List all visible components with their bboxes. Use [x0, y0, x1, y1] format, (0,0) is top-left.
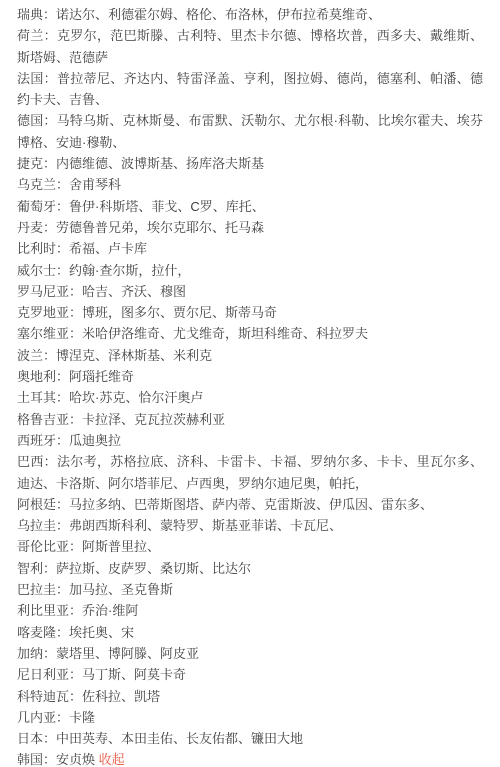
country-name: 葡萄牙	[17, 199, 56, 214]
collapse-link[interactable]: 收起	[99, 752, 125, 767]
players-text: 劳德鲁普兄弟，埃尔克耶尔、托马森	[56, 220, 264, 235]
country-name: 巴西	[17, 454, 44, 469]
players-text: 卡隆	[69, 710, 95, 725]
country-entry: 克罗地亚：博班，图多尔、贾尔尼、斯蒂马奇	[17, 302, 483, 323]
country-name: 法国	[17, 71, 44, 86]
colon-separator: ：	[56, 582, 69, 597]
country-name: 智利	[17, 561, 43, 576]
colon-separator: ：	[44, 71, 57, 86]
country-entry: 罗马尼亚：哈吉、齐沃、穆图	[17, 281, 483, 302]
country-name: 土耳其	[17, 390, 56, 405]
country-entry: 喀麦隆：埃托奥、宋	[17, 622, 483, 643]
country-entry: 科特迪瓦：佐科拉、凯塔	[17, 686, 483, 707]
colon-separator: ：	[43, 731, 56, 746]
country-entry: 巴拉圭：加马拉、圣克鲁斯	[17, 579, 483, 600]
country-name: 巴拉圭	[17, 582, 56, 597]
country-entry: 利比里亚：乔治·维阿	[17, 600, 483, 621]
colon-separator: ：	[43, 561, 56, 576]
colon-separator: ：	[56, 199, 69, 214]
colon-separator: ：	[44, 28, 57, 43]
players-text: 安贞焕	[56, 752, 95, 767]
country-name: 喀麦隆	[17, 625, 56, 640]
country-name: 塞尔维亚	[17, 326, 69, 341]
country-entry: 威尔士：约翰·查尔斯，拉什，	[17, 260, 483, 281]
country-entry: 阿根廷：马拉多纳、巴蒂斯图塔、萨内蒂、克雷斯波、伊瓜因、雷东多、	[17, 494, 483, 515]
players-text: 约翰·查尔斯，拉什，	[69, 263, 190, 278]
colon-separator: ：	[43, 113, 56, 128]
country-entry: 奥地利：阿瑙托维奇	[17, 366, 483, 387]
players-text: 哈坎·苏克、恰尔汗奥卢	[69, 390, 203, 405]
players-text: 瓜迪奥拉	[69, 433, 121, 448]
country-name: 科特迪瓦	[17, 689, 69, 704]
country-entry: 土耳其：哈坎·苏克、恰尔汗奥卢	[17, 387, 483, 408]
colon-separator: ：	[56, 497, 69, 512]
country-entry: 乌克兰：舍甫琴科	[17, 174, 483, 195]
players-text: 法尔考，苏格拉底、济科、卡雷卡、卡福、罗纳尔多、卡卡、里瓦尔多、迪达、卡洛斯、阿…	[17, 454, 483, 490]
players-text: 米哈伊洛维奇、尤戈维奇，斯坦科维奇、科拉罗夫	[82, 326, 368, 341]
country-name: 德国	[17, 113, 43, 128]
country-entry: 日本：中田英寿、本田圭佑、长友佑都、镰田大地	[17, 728, 483, 749]
players-text: 希福、卢卡库	[69, 241, 147, 256]
country-entry: 智利：萨拉斯、皮萨罗、桑切斯、比达尔	[17, 558, 483, 579]
colon-separator: ：	[56, 241, 69, 256]
colon-separator: ：	[56, 433, 69, 448]
country-entry: 丹麦：劳德鲁普兄弟，埃尔克耶尔、托马森	[17, 217, 483, 238]
players-text: 马拉多纳、巴蒂斯图塔、萨内蒂、克雷斯波、伊瓜因、雷东多、	[69, 497, 433, 512]
players-text: 埃托奥、宋	[69, 625, 134, 640]
country-name: 奥地利	[17, 369, 56, 384]
players-text: 中田英寿、本田圭佑、长友佑都、镰田大地	[56, 731, 303, 746]
colon-separator: ：	[69, 603, 82, 618]
country-name: 乌拉圭	[17, 518, 56, 533]
colon-separator: ：	[69, 689, 82, 704]
players-text: 哈吉、齐沃、穆图	[82, 284, 186, 299]
colon-separator: ：	[43, 752, 56, 767]
colon-separator: ：	[56, 710, 69, 725]
country-entry: 格鲁吉亚：卡拉泽、克瓦拉茨赫利亚	[17, 409, 483, 430]
country-name: 哥伦比亚	[17, 539, 69, 554]
colon-separator: ：	[44, 454, 57, 469]
country-name: 利比里亚	[17, 603, 69, 618]
colon-separator: ：	[69, 667, 82, 682]
country-name: 乌克兰	[17, 177, 56, 192]
players-text: 阿瑙托维奇	[69, 369, 134, 384]
players-text: 鲁伊·科斯塔、菲戈、C罗、库托、	[69, 199, 265, 214]
country-entry: 哥伦比亚：阿斯普里拉、	[17, 536, 483, 557]
country-entry: 韩国：安贞焕 收起	[17, 749, 483, 767]
players-text: 博涅克、泽林斯基、米利克	[56, 348, 212, 363]
country-entry: 葡萄牙：鲁伊·科斯塔、菲戈、C罗、库托、	[17, 196, 483, 217]
country-name: 西班牙	[17, 433, 56, 448]
country-name: 罗马尼亚	[17, 284, 69, 299]
country-entry: 荷兰：克罗尔，范巴斯滕、古利特、里杰卡尔德、博格坎普，西多夫、戴维斯、斯塔姆、范…	[17, 25, 483, 68]
players-text: 普拉蒂尼、齐达内、特雷泽盖、亨利，图拉姆、德尚，德塞利、帕潘、德约卡夫、吉鲁、	[17, 71, 483, 107]
colon-separator: ：	[56, 369, 69, 384]
country-name: 韩国	[17, 752, 43, 767]
country-entry: 德国：马特乌斯、克林斯曼、布雷默、沃勒尔、尤尔根·科勒、比埃尔霍夫、埃芬博格、安…	[17, 110, 483, 153]
colon-separator: ：	[43, 646, 56, 661]
players-text: 诺达尔、利德霍尔姆、格伦、布洛林，伊布拉希莫维奇、	[56, 7, 381, 22]
country-name: 日本	[17, 731, 43, 746]
colon-separator: ：	[69, 326, 82, 341]
country-name: 几内亚	[17, 710, 56, 725]
country-entry: 捷克：内德维德、波博斯基、扬库洛夫斯基	[17, 153, 483, 174]
colon-separator: ：	[69, 305, 82, 320]
colon-separator: ：	[43, 156, 56, 171]
players-text: 阿斯普里拉、	[82, 539, 160, 554]
country-name: 荷兰	[17, 28, 44, 43]
country-entry: 比利时：希福、卢卡库	[17, 238, 483, 259]
colon-separator: ：	[69, 412, 82, 427]
country-name: 克罗地亚	[17, 305, 69, 320]
players-text: 蒙塔里、博阿滕、阿皮亚	[56, 646, 199, 661]
colon-separator: ：	[69, 284, 82, 299]
colon-separator: ：	[56, 518, 69, 533]
country-entry: 塞尔维亚：米哈伊洛维奇、尤戈维奇，斯坦科维奇、科拉罗夫	[17, 323, 483, 344]
country-name: 捷克	[17, 156, 43, 171]
players-text: 加马拉、圣克鲁斯	[69, 582, 173, 597]
country-entry: 乌拉圭：弗朗西斯科利、蒙特罗、斯基亚菲诺、卡瓦尼、	[17, 515, 483, 536]
colon-separator: ：	[56, 625, 69, 640]
colon-separator: ：	[56, 263, 69, 278]
country-name: 威尔士	[17, 263, 56, 278]
players-text: 佐科拉、凯塔	[82, 689, 160, 704]
country-name: 比利时	[17, 241, 56, 256]
colon-separator: ：	[43, 220, 56, 235]
country-entry: 尼日利亚：马丁斯、阿莫卡奇	[17, 664, 483, 685]
players-text: 博班，图多尔、贾尔尼、斯蒂马奇	[82, 305, 277, 320]
colon-separator: ：	[43, 7, 56, 22]
colon-separator: ：	[56, 177, 69, 192]
players-text: 马特乌斯、克林斯曼、布雷默、沃勒尔、尤尔根·科勒、比埃尔霍夫、埃芬博格、安迪·穆…	[17, 113, 483, 149]
players-text: 克罗尔，范巴斯滕、古利特、里杰卡尔德、博格坎普，西多夫、戴维斯、斯塔姆、范德萨	[17, 28, 483, 64]
players-text: 马丁斯、阿莫卡奇	[82, 667, 186, 682]
country-name: 波兰	[17, 348, 43, 363]
players-text: 舍甫琴科	[69, 177, 121, 192]
country-name: 加纳	[17, 646, 43, 661]
country-players-list: 瑞典：诺达尔、利德霍尔姆、格伦、布洛林，伊布拉希莫维奇、荷兰：克罗尔，范巴斯滕、…	[0, 0, 500, 767]
country-name: 丹麦	[17, 220, 43, 235]
country-entry: 加纳：蒙塔里、博阿滕、阿皮亚	[17, 643, 483, 664]
colon-separator: ：	[43, 348, 56, 363]
players-text: 内德维德、波博斯基、扬库洛夫斯基	[56, 156, 264, 171]
country-name: 格鲁吉亚	[17, 412, 69, 427]
players-text: 萨拉斯、皮萨罗、桑切斯、比达尔	[56, 561, 251, 576]
country-name: 阿根廷	[17, 497, 56, 512]
players-text: 卡拉泽、克瓦拉茨赫利亚	[82, 412, 225, 427]
players-text: 弗朗西斯科利、蒙特罗、斯基亚菲诺、卡瓦尼、	[69, 518, 342, 533]
players-text: 乔治·维阿	[82, 603, 138, 618]
country-entry: 巴西：法尔考，苏格拉底、济科、卡雷卡、卡福、罗纳尔多、卡卡、里瓦尔多、迪达、卡洛…	[17, 451, 483, 494]
country-entry: 波兰：博涅克、泽林斯基、米利克	[17, 345, 483, 366]
colon-separator: ：	[56, 390, 69, 405]
country-entry: 瑞典：诺达尔、利德霍尔姆、格伦、布洛林，伊布拉希莫维奇、	[17, 4, 483, 25]
country-name: 尼日利亚	[17, 667, 69, 682]
country-entry: 法国：普拉蒂尼、齐达内、特雷泽盖、亨利，图拉姆、德尚，德塞利、帕潘、德约卡夫、吉…	[17, 68, 483, 111]
country-name: 瑞典	[17, 7, 43, 22]
country-entry: 西班牙：瓜迪奥拉	[17, 430, 483, 451]
colon-separator: ：	[69, 539, 82, 554]
country-entry: 几内亚：卡隆	[17, 707, 483, 728]
